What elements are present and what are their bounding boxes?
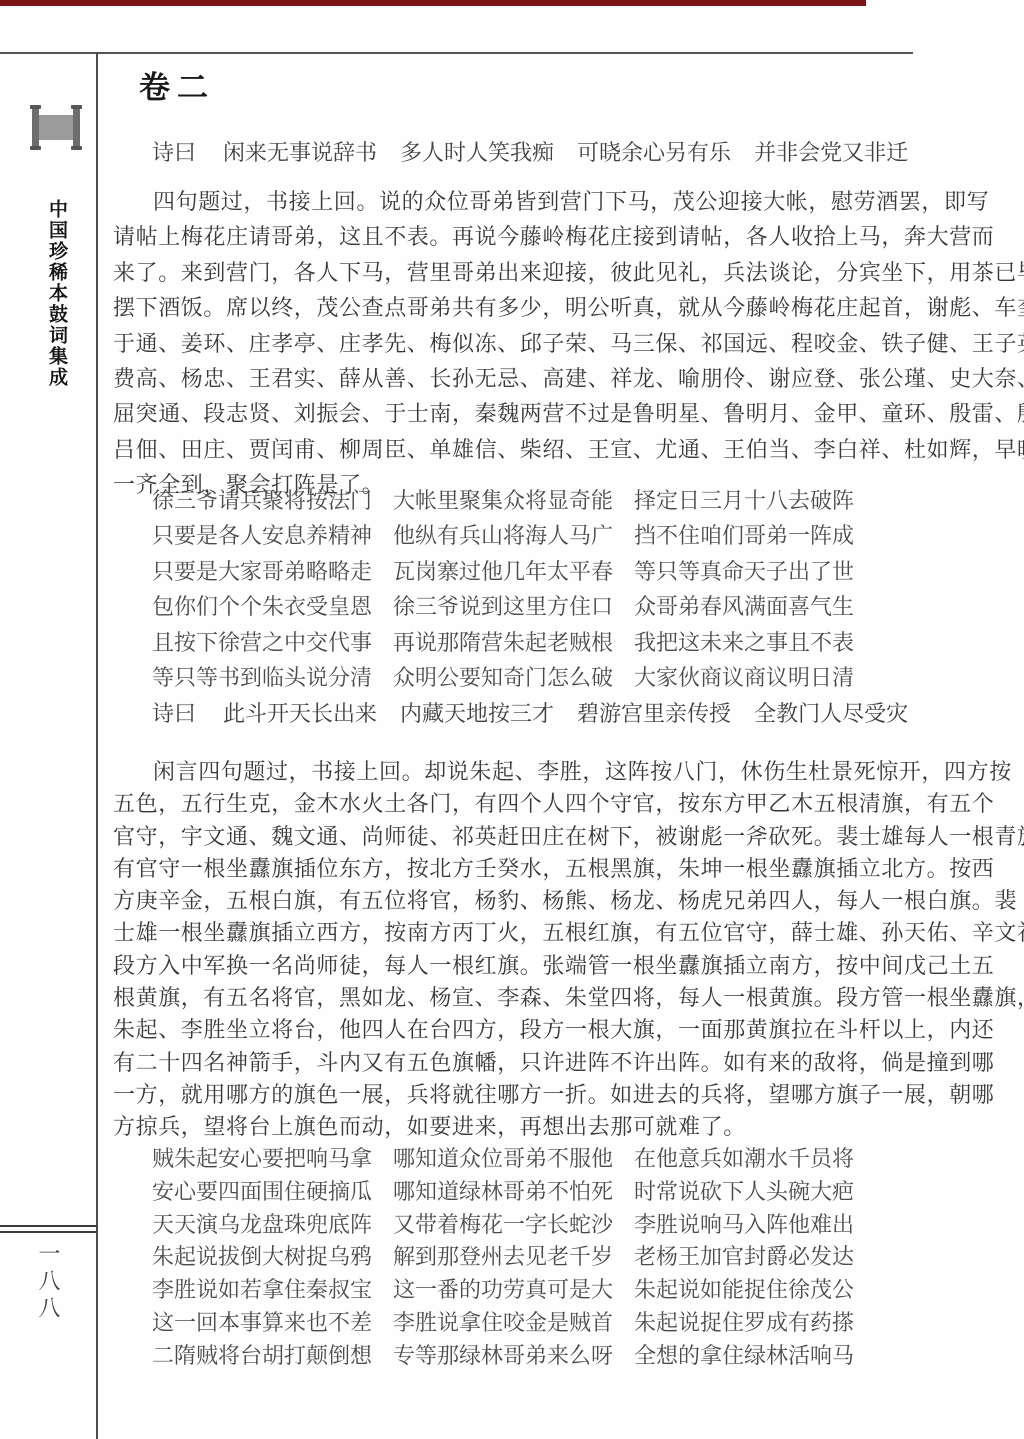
verse-cell: 时常说砍下人头碗大疤 — [634, 1176, 854, 1209]
poem-phrase: 此斗开天长出来 — [223, 701, 377, 726]
verse-cell: 全想的拿住绿林活响马 — [634, 1340, 854, 1373]
opening-poem: 诗曰闲来无事说辞书多人时人笑我痴可晓余心另有乐并非会党又非迁 — [152, 136, 908, 167]
prose-paragraph-2: 闲言四句题过，书接上回。却说朱起、李胜，这阵按八门，休伤生杜景死惊开，四方按 五… — [113, 756, 1015, 1144]
verse-cell: 等只等真命天子出了世 — [634, 554, 854, 589]
verse-row: 李胜说如若拿住秦叔宝这一番的功劳真可是大朱起说如能捉住徐茂公 — [152, 1274, 854, 1307]
verse-block-1: 徐三爷请兵聚将按法门大帐里聚集众将显奇能择定日三月十八去破阵 只要是各人安息养精… — [152, 483, 854, 695]
verse-row: 朱起说拔倒大树捉乌鸦解到那登州去见老千岁老杨王加官封爵必发达 — [152, 1241, 854, 1274]
verse-cell: 只要是大家哥弟略略走 — [152, 554, 393, 589]
verse-row: 只要是大家哥弟略略走瓦岗寨过他几年太平春等只等真命天子出了世 — [152, 554, 854, 589]
verse-row: 贼朱起安心要把响马拿哪知道众位哥弟不服他在他意兵如潮水千员将 — [152, 1143, 854, 1176]
verse-cell: 这一回本事算来也不差 — [152, 1307, 393, 1340]
poem-label: 诗曰 — [152, 701, 196, 726]
prose-line: 屈突通、段志贤、刘振会、于士南，秦魏两营不过是鲁明星、鲁明月、金甲、童环、殷雷、… — [113, 396, 1015, 431]
prose-line: 有二十四名神箭手，斗内又有五色旗幡，只许进阵不许出阵。如有来的敌将，倘是撞到哪 — [113, 1047, 1015, 1079]
poem-label: 诗曰 — [152, 140, 196, 165]
verse-row: 二隋贼将台胡打颠倒想专等那绿林哥弟来么呀全想的拿住绿林活响马 — [152, 1340, 854, 1373]
prose-line: 朱起、李胜坐立将台，他四人在台四方，段方一根大旗，一面那黄旗拉在斗杆以上，内还 — [113, 1014, 1015, 1046]
verse-row: 安心要四面围住硬摘瓜哪知道绿林哥弟不怕死时常说砍下人头碗大疤 — [152, 1176, 854, 1209]
top-red-bar — [0, 0, 866, 6]
verse-cell: 老杨王加官封爵必发达 — [634, 1241, 854, 1274]
verse-cell: 他纵有兵山将海人马广 — [393, 518, 634, 553]
verse-cell: 李胜说响马入阵他难出 — [634, 1209, 854, 1242]
verse-cell: 徐三爷请兵聚将按法门 — [152, 483, 393, 518]
verse-cell: 瓦岗寨过他几年太平春 — [393, 554, 634, 589]
verse-cell: 众明公要知奇门怎么破 — [393, 660, 634, 695]
verse-cell: 李胜说如若拿住秦叔宝 — [152, 1274, 393, 1307]
middle-poem: 诗曰此斗开天长出来内藏天地按三才碧游宫里亲传授全教门人尽受灾 — [152, 697, 908, 728]
poem-phrase: 碧游宫里亲传授 — [577, 701, 731, 726]
verse-cell: 等只等书到临头说分清 — [152, 660, 393, 695]
verse-cell: 解到那登州去见老千岁 — [393, 1241, 634, 1274]
scroll-rod-left — [32, 106, 39, 149]
verse-cell: 这一番的功劳真可是大 — [393, 1274, 634, 1307]
verse-cell: 专等那绿林哥弟来么呀 — [393, 1340, 634, 1373]
verse-row: 等只等书到临头说分清众明公要知奇门怎么破大家伙商议商议明日清 — [152, 660, 854, 695]
prose-line: 五色，五行生克，金木水火土各门，有四个人四个守官，按东方甲乙木五根清旗，有五个 — [113, 788, 1015, 820]
prose-line: 吕佃、田庄、贾闰甫、柳周臣、单雄信、柴绍、王宣、尤通、王伯当、李白祥、杜如辉，早… — [113, 432, 1015, 467]
verse-cell: 我把这未来之事且不表 — [634, 625, 854, 660]
verse-row: 这一回本事算来也不差李胜说拿住咬金是贼首朱起说捉住罗成有药搽 — [152, 1307, 854, 1340]
poem-phrase: 并非会党又非迁 — [754, 140, 908, 165]
verse-cell: 只要是各人安息养精神 — [152, 518, 393, 553]
prose-line: 一方，就用哪方的旗色一展，兵将就往哪方一折。如进去的兵将，望哪方旗子一展，朝哪 — [113, 1079, 1015, 1111]
verse-cell: 择定日三月十八去破阵 — [634, 483, 854, 518]
prose-line: 四句题过，书接上回。说的众位哥弟皆到营门下马，茂公迎接大帐，慰劳酒罢，即写 — [113, 184, 1015, 219]
verse-row: 天天演乌龙盘珠兜底阵又带着梅花一字长蛇沙李胜说响马入阵他难出 — [152, 1209, 854, 1242]
series-title-vertical: 中国珍稀本鼓词集成 — [43, 199, 70, 388]
prose-line: 于通、姜环、庄孝亭、庄孝先、梅似冻、邱子荣、马三保、祁国远、程咬金、铁子健、王子… — [113, 326, 1015, 361]
verse-block-2: 贼朱起安心要把响马拿哪知道众位哥弟不服他在他意兵如潮水千员将 安心要四面围住硬摘… — [152, 1143, 854, 1373]
verse-row: 包你们个个朱衣受皇恩徐三爷说到这里方住口众哥弟春风满面喜气生 — [152, 589, 854, 624]
volume-title: 卷二 — [139, 62, 215, 107]
prose-line: 来了。来到营门，各人下马，营里哥弟出来迎接，彼此见礼，兵法谈论，分宾坐下，用茶已… — [113, 255, 1015, 290]
prose-paragraph-1: 四句题过，书接上回。说的众位哥弟皆到营门下马，茂公迎接大帐，慰劳酒罢，即写 请帖… — [113, 184, 1015, 503]
verse-cell: 徐三爷说到这里方住口 — [393, 589, 634, 624]
verse-cell: 大帐里聚集众将显奇能 — [393, 483, 634, 518]
verse-cell: 哪知道众位哥弟不服他 — [393, 1143, 634, 1176]
verse-cell: 贼朱起安心要把响马拿 — [152, 1143, 393, 1176]
verse-cell: 又带着梅花一字长蛇沙 — [393, 1209, 634, 1242]
page-number-vertical: 一八八 — [33, 1242, 64, 1323]
verse-cell: 包你们个个朱衣受皇恩 — [152, 589, 393, 624]
verse-cell: 朱起说捉住罗成有药搽 — [634, 1307, 854, 1340]
verse-cell: 且按下徐营之中交代事 — [152, 625, 393, 660]
verse-cell: 李胜说拿住咬金是贼首 — [393, 1307, 634, 1340]
verse-cell: 二隋贼将台胡打颠倒想 — [152, 1340, 393, 1373]
poem-phrase: 可晓余心另有乐 — [577, 140, 731, 165]
verse-cell: 大家伙商议商议明日清 — [634, 660, 854, 695]
scroll-icon — [32, 106, 80, 149]
prose-line: 方掠兵，望将台上旗色而动，如要进来，再想出去那可就难了。 — [113, 1111, 1015, 1143]
poem-phrase: 内藏天地按三才 — [400, 701, 554, 726]
verse-row: 徐三爷请兵聚将按法门大帐里聚集众将显奇能择定日三月十八去破阵 — [152, 483, 854, 518]
poem-phrase: 全教门人尽受灾 — [754, 701, 908, 726]
verse-cell: 安心要四面围住硬摘瓜 — [152, 1176, 393, 1209]
prose-line: 闲言四句题过，书接上回。却说朱起、李胜，这阵按八门，休伤生杜景死惊开，四方按 — [113, 756, 1015, 788]
top-horizontal-rule — [0, 52, 913, 54]
verse-cell: 朱起说拔倒大树捉乌鸦 — [152, 1241, 393, 1274]
verse-row: 且按下徐营之中交代事再说那隋营朱起老贼根我把这未来之事且不表 — [152, 625, 854, 660]
footer-double-rule — [0, 1225, 97, 1233]
prose-line: 士雄一根坐纛旗插立西方，按南方丙丁火，五根红旗，有五位官守，薛士雄、孙天佑、辛文… — [113, 917, 1015, 949]
verse-cell: 再说那隋营朱起老贼根 — [393, 625, 634, 660]
prose-line: 有官守一根坐纛旗插位东方，按北方壬癸水，五根黑旗，朱坤一根坐纛旗插立北方。按西 — [113, 853, 1015, 885]
scroll-rod-right — [73, 106, 80, 149]
verse-cell: 挡不住咱们哥弟一阵成 — [634, 518, 854, 553]
verse-cell: 哪知道绿林哥弟不怕死 — [393, 1176, 634, 1209]
prose-line: 摆下酒饭。席以终，茂公查点哥弟共有多少，明公听真，就从今藤岭梅花庄起首，谢彪、车… — [113, 290, 1015, 325]
verse-cell: 朱起说如能捉住徐茂公 — [634, 1274, 854, 1307]
poem-phrase: 多人时人笑我痴 — [400, 140, 554, 165]
prose-line: 根黄旗，有五名将官，黑如龙、杨宣、李森、朱堂四将，每人一根黄旗。段方管一根坐纛旗… — [113, 982, 1015, 1014]
verse-cell: 在他意兵如潮水千员将 — [634, 1143, 854, 1176]
verse-row: 只要是各人安息养精神他纵有兵山将海人马广挡不住咱们哥弟一阵成 — [152, 518, 854, 553]
verse-cell: 众哥弟春风满面喜气生 — [634, 589, 854, 624]
prose-line: 官守，宇文通、魏文通、尚师徒、祁英赶田庄在树下，被谢彪一斧砍死。裴士雄每人一根青… — [113, 821, 1015, 853]
poem-phrase: 闲来无事说辞书 — [223, 140, 377, 165]
prose-line: 费高、杨忠、王君实、薛从善、长孙无忌、高建、祥龙、喻朋伶、谢应登、张公瑾、史大奈… — [113, 361, 1015, 396]
prose-line: 段方入中军换一名尚师徒，每人一根红旗。张端管一根坐纛旗插立南方，按中间戊己土五 — [113, 950, 1015, 982]
prose-line: 方庚辛金，五根白旗，有五位将官，杨豹、杨熊、杨龙、杨虎兄弟四人，每人一根白旗。裴 — [113, 885, 1015, 917]
scroll-sheet — [39, 115, 73, 140]
verse-cell: 天天演乌龙盘珠兜底阵 — [152, 1209, 393, 1242]
prose-line: 请帖上梅花庄请哥弟，这且不表。再说今藤岭梅花庄接到请帖，各人收拾上马，奔大营而 — [113, 219, 1015, 254]
